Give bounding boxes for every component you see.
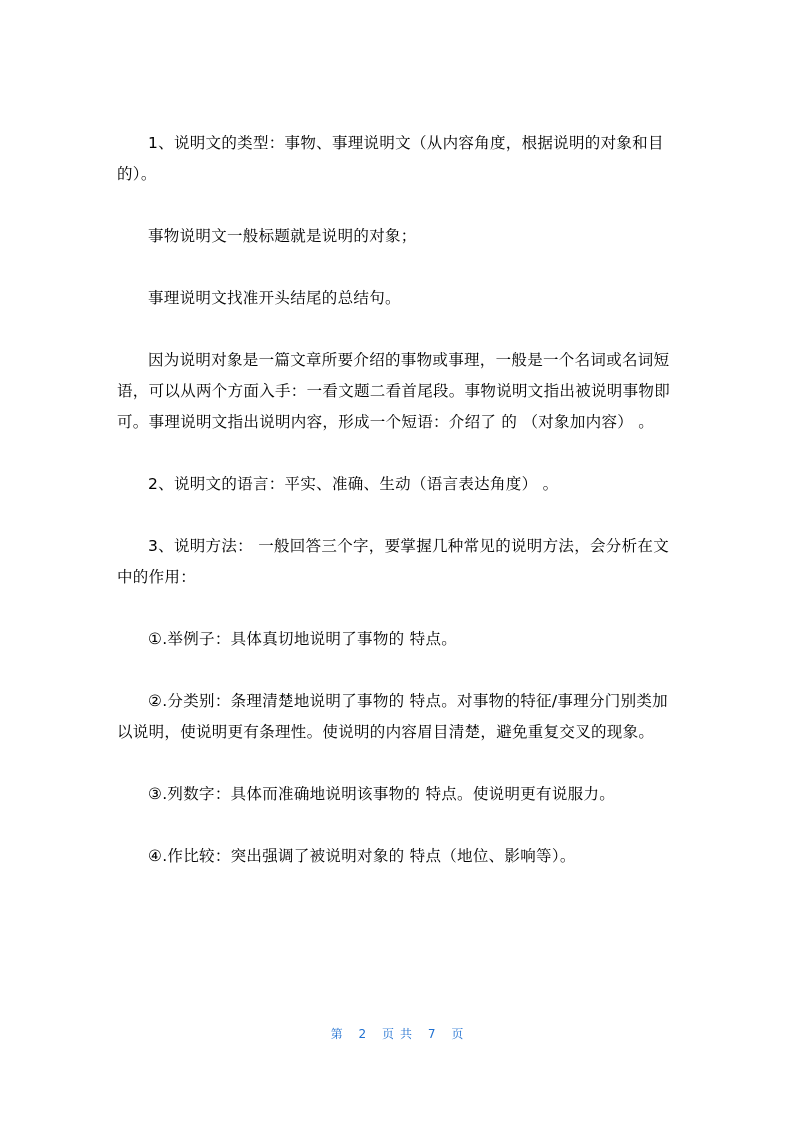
footer-suffix: 页 xyxy=(451,1025,463,1042)
document-page: 1、说明文的类型：事物、事理说明文（从内容角度，根据说明的对象和目的）。 事物说… xyxy=(0,0,794,1123)
paragraph-thing-exposition: 事物说明文一般标题就是说明的对象； xyxy=(117,221,677,252)
paragraph-text-types: 1、说明文的类型：事物、事理说明文（从内容角度，根据说明的对象和目的）。 xyxy=(117,128,677,190)
footer-page-word: 页 xyxy=(382,1025,394,1042)
paragraph-method-example: ①.举例子：具体真切地说明了事物的 特点。 xyxy=(117,624,677,655)
paragraph-method-numbers: ③.列数字：具体而准确地说明该事物的 特点。使说明更有说服力。 xyxy=(117,779,677,810)
footer-current-page: 2 xyxy=(359,1027,367,1041)
document-body: 1、说明文的类型：事物、事理说明文（从内容角度，根据说明的对象和目的）。 事物说… xyxy=(117,128,677,903)
paragraph-method-classification: ②.分类别：条理清楚地说明了事物的 特点。对事物的特征/事理分门别类加以说明，使… xyxy=(117,686,677,748)
footer-total-pages: 7 xyxy=(428,1027,436,1041)
paragraph-explanation-object: 因为说明对象是一篇文章所要介绍的事物或事理，一般是一个名词或名词短语，可以从两个… xyxy=(117,345,677,438)
paragraph-methods: 3、说明方法： 一般回答三个字，要掌握几种常见的说明方法，会分析在文中的作用： xyxy=(117,531,677,593)
paragraph-reason-exposition: 事理说明文找准开头结尾的总结句。 xyxy=(117,283,677,314)
paragraph-method-comparison: ④.作比较：突出强调了被说明对象的 特点（地位、影响等）。 xyxy=(117,841,677,872)
page-footer: 第 2 页共 7 页 xyxy=(0,1025,794,1042)
paragraph-language: 2、说明文的语言：平实、准确、生动（语言表达角度） 。 xyxy=(117,469,677,500)
footer-total-word: 共 xyxy=(400,1025,412,1042)
footer-prefix: 第 xyxy=(331,1025,343,1042)
